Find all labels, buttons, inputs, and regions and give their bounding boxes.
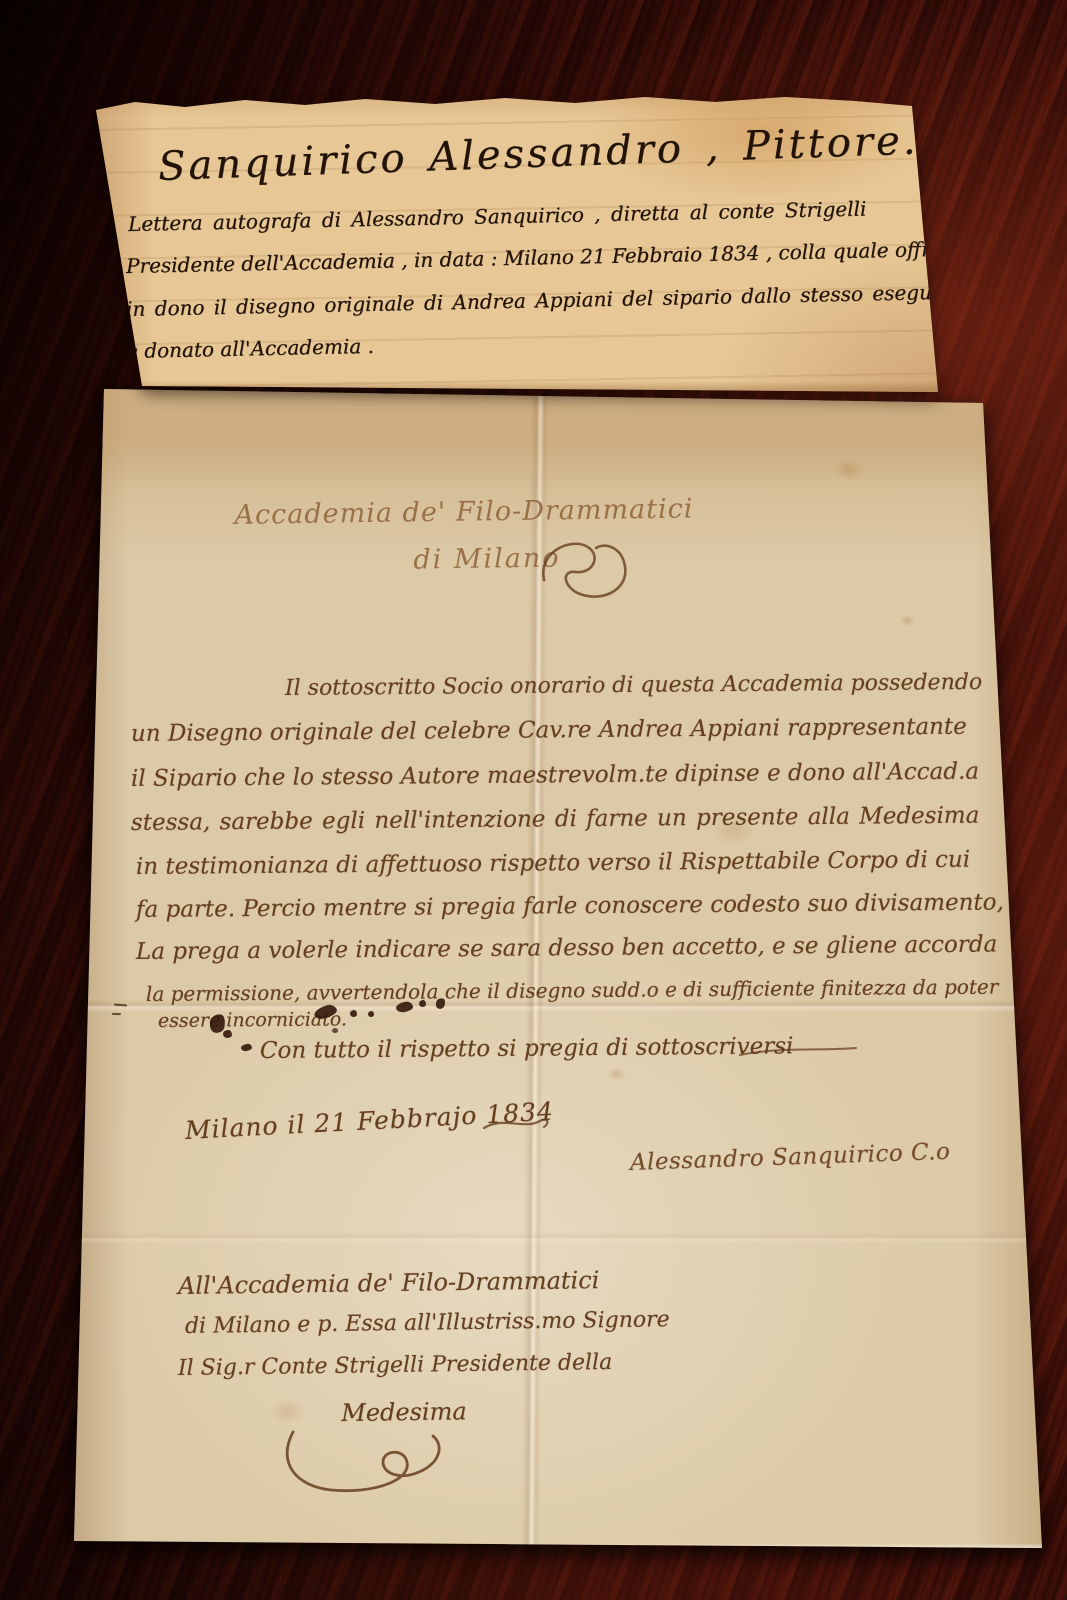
letter-body-line: il Sipario che lo stesso Autore maestrev…: [131, 759, 979, 792]
card-title: Sanquirico Alessandro , Pittore.: [157, 117, 919, 190]
letter-heading-line: di Milano: [314, 541, 660, 577]
vertical-fold-crease: [521, 384, 548, 1556]
letter-address-line: Il Sig.r Conte Strigelli Presidente dell…: [178, 1350, 613, 1381]
letter-address-line: All'Accademia de' Filo-Drammatici: [178, 1266, 600, 1300]
letter-body-line: stessa, sarebbe egli nell'intenzione di …: [131, 803, 980, 836]
card-description-line: in dono il disegno originale di Andrea A…: [126, 280, 959, 321]
catalog-card: Sanquirico Alessandro , Pittore. Lettera…: [95, 88, 940, 393]
card-description-line: e donato all'Accademia .: [126, 334, 374, 363]
letter-address-line: Medesima: [274, 1396, 534, 1428]
wood-table-photo: Accademia de' Filo-Drammatici di Milano …: [0, 0, 1067, 1600]
letter-body-line: la permissione, avvertendola che il dise…: [146, 975, 999, 1006]
letter-body-line: Il sottoscritto Socio onorario di questa…: [285, 670, 982, 701]
catalog-card-shadow: Sanquirico Alessandro , Pittore. Lettera…: [0, 0, 1067, 1600]
heading-flourish-icon: [536, 536, 646, 606]
letter-body-line: La prega a volerle indicare se sara dess…: [136, 931, 997, 965]
letter-heading-line: Accademia de' Filo-Drammatici: [224, 493, 704, 531]
address-flourish-icon: [279, 1428, 479, 1500]
closing-line-flourish-icon: [738, 1044, 858, 1060]
letter-body-line: essere incorniciato.: [158, 1008, 347, 1032]
letter-body-line: un Disegno originale del celebre Cav.re …: [131, 714, 967, 747]
letter-address-line: di Milano e p. Essa all'Illustriss.mo Si…: [185, 1307, 670, 1339]
card-description-line: Presidente dell'Accademia , in data : Mi…: [126, 237, 943, 278]
letter-sheet-shadow: Accademia de' Filo-Drammatici di Milano …: [0, 0, 1067, 1600]
letter-dateline: Milano il 21 Febbrajo 1834: [184, 1097, 554, 1145]
horizontal-fold-crease: [74, 1000, 1043, 1012]
dateline-flourish-icon: [482, 1112, 552, 1138]
card-description-line: Lettera autografa di Alessandro Sanquiri…: [128, 197, 867, 236]
letter-signature: Alessandro Sanquirico C.o: [630, 1139, 951, 1176]
letter-body-line: Con tutto il rispetto si pregia di sotto…: [260, 1033, 794, 1064]
horizontal-fold-crease: [74, 1232, 1043, 1244]
letter-sheet: Accademia de' Filo-Drammatici di Milano …: [74, 388, 1043, 1551]
letter-body-line: fa parte. Percio mentre si pregia farle …: [136, 889, 1004, 923]
letter-body-line: in testimonianza di affettuoso rispetto …: [136, 847, 970, 880]
